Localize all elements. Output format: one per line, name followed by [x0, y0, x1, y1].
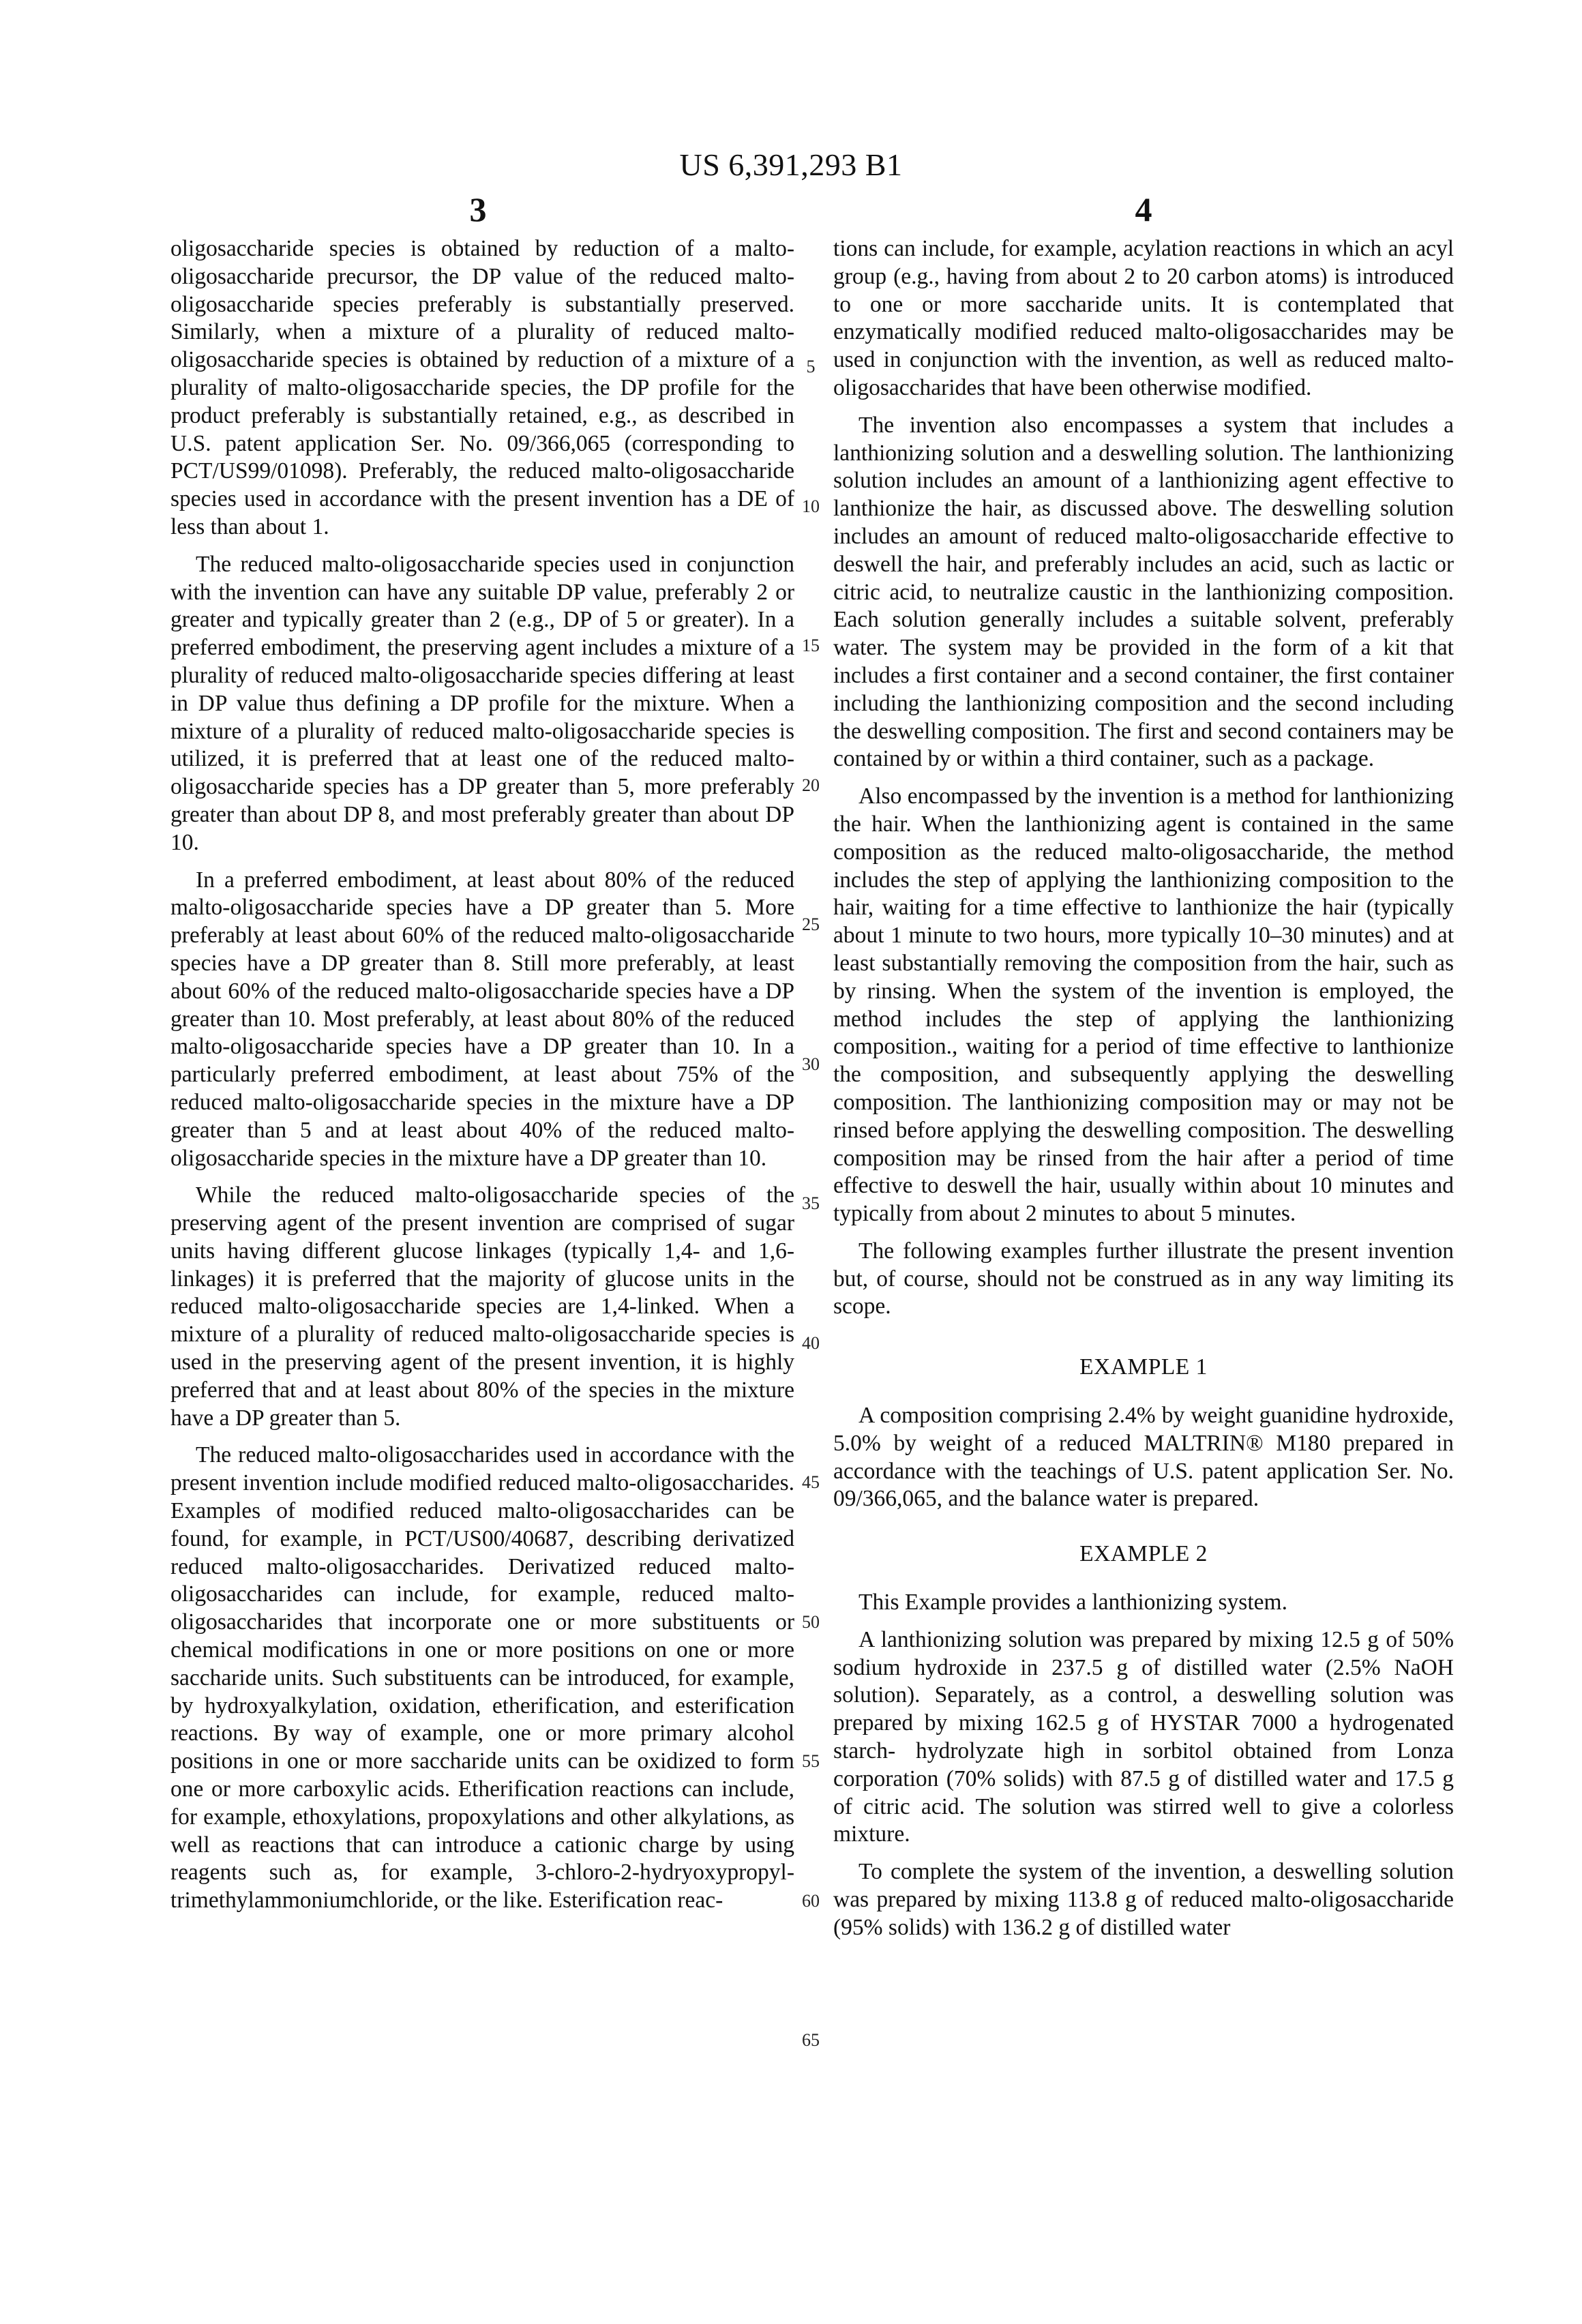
line-number: 40 — [794, 1333, 827, 1354]
column-number-right: 4 — [1109, 190, 1178, 229]
line-number: 55 — [794, 1751, 827, 1772]
right-column: tions can include, for example, acylatio… — [833, 235, 1454, 1952]
paragraph: tions can include, for example, acylatio… — [833, 235, 1454, 402]
example-2-heading: EXAMPLE 2 — [833, 1540, 1454, 1568]
line-number: 50 — [794, 1612, 827, 1633]
line-number: 5 — [794, 357, 827, 377]
line-number: 35 — [794, 1193, 827, 1214]
line-number: 20 — [794, 775, 827, 796]
paragraph: A composition comprising 2.4% by weight … — [833, 1402, 1454, 1513]
example-1-heading: EXAMPLE 1 — [833, 1354, 1454, 1382]
paragraph: oligosaccharide species is obtained by r… — [170, 235, 794, 541]
line-number: 45 — [794, 1472, 827, 1493]
paragraph: The reduced malto-oligosaccharide specie… — [170, 551, 794, 857]
paragraph: The following examples further illustrat… — [833, 1238, 1454, 1321]
paragraph: This Example provides a lanthionizing sy… — [833, 1589, 1454, 1617]
line-number: 10 — [794, 496, 827, 517]
paragraph: In a preferred embodiment, at least abou… — [170, 867, 794, 1173]
line-number: 65 — [794, 2030, 827, 2051]
column-number-left: 3 — [444, 190, 512, 229]
line-number: 30 — [794, 1054, 827, 1075]
paragraph: The invention also encompasses a system … — [833, 412, 1454, 773]
paragraph: Also encompassed by the invention is a m… — [833, 783, 1454, 1228]
line-number: 15 — [794, 636, 827, 656]
patent-number-header: US 6,391,293 B1 — [0, 147, 1582, 183]
line-number: 25 — [794, 914, 827, 935]
paragraph: A lanthionizing solution was prepared by… — [833, 1626, 1454, 1849]
left-column: oligosaccharide species is obtained by r… — [170, 235, 794, 1924]
paragraph: While the reduced malto-oligosaccharide … — [170, 1182, 794, 1432]
line-number: 60 — [794, 1891, 827, 1911]
paragraph: To complete the system of the invention,… — [833, 1858, 1454, 1941]
paragraph: The reduced malto-oligosaccharides used … — [170, 1442, 794, 1915]
